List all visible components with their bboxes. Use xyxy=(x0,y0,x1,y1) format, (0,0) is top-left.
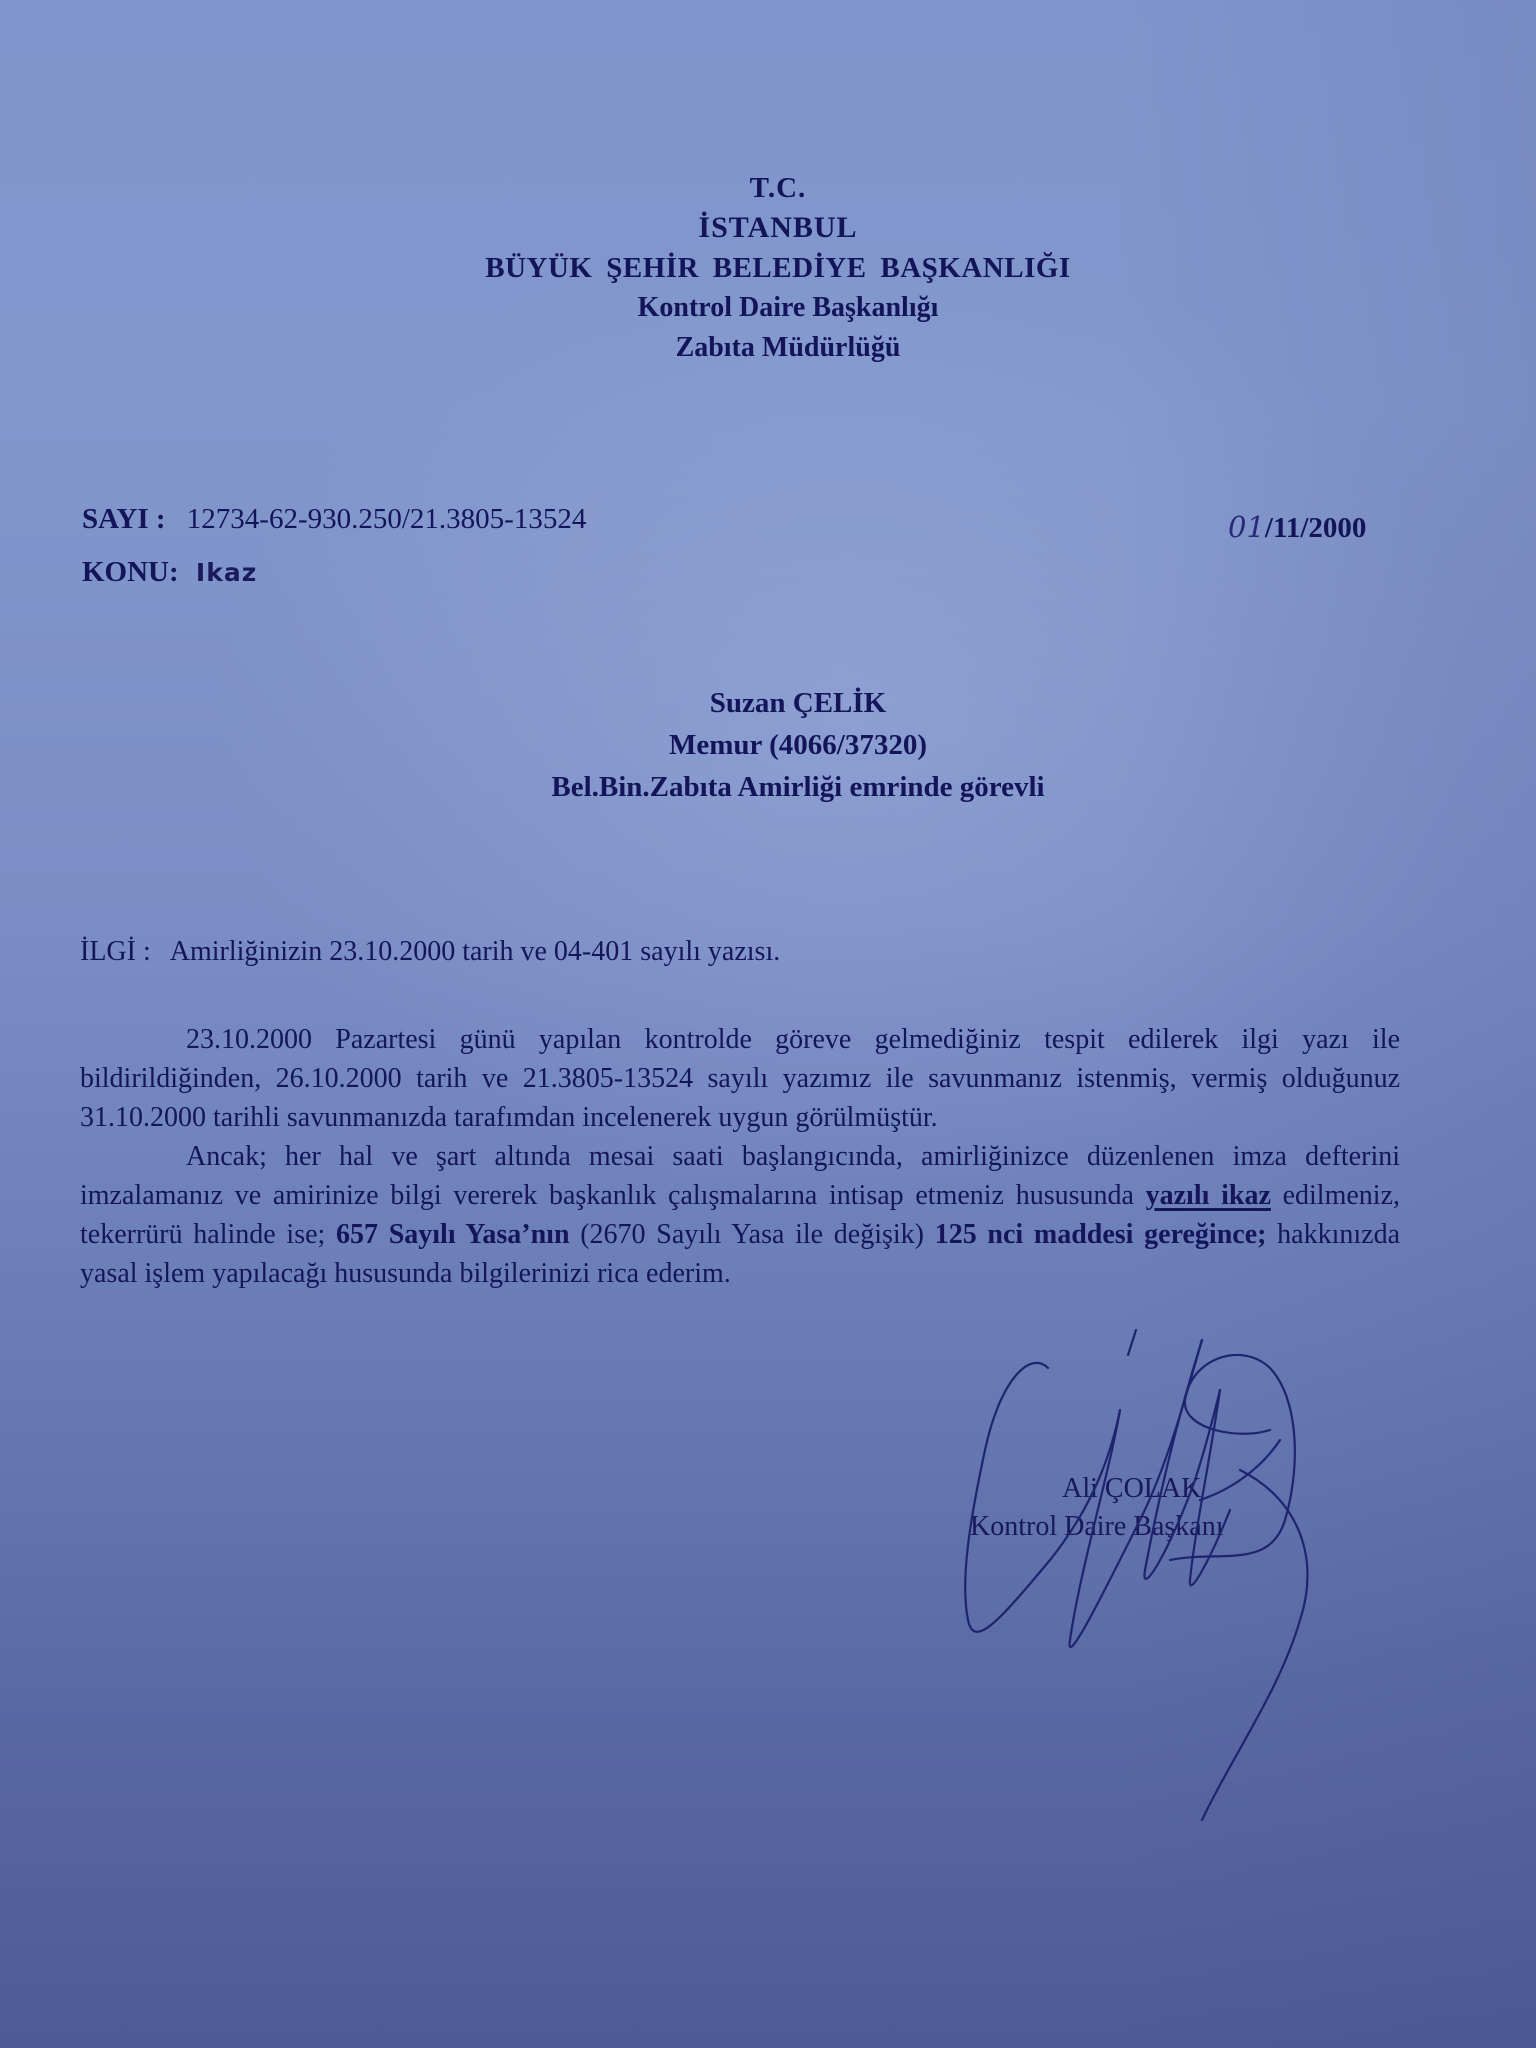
letterhead-city: İSTANBUL xyxy=(20,208,1536,248)
written-warning-emphasis: yazılı ikaz xyxy=(1146,1180,1271,1211)
ilgi-text: Amirliğinizin 23.10.2000 tarih ve 04-401… xyxy=(170,936,780,967)
body-paragraph-1: 23.10.2000 Pazartesi günü yapılan kontro… xyxy=(80,1020,1400,1137)
signer-title: Kontrol Daire Başkanı xyxy=(970,1508,1224,1546)
law-reference: 657 Sayılı Yasa’nın xyxy=(336,1219,570,1250)
letter-date: 01/11/2000 xyxy=(1228,510,1366,545)
recipient-title: Memur (4066/37320) xyxy=(60,724,1536,766)
date-day-handwritten: 01 xyxy=(1228,510,1265,544)
scanned-letter: T.C. İSTANBUL BÜYÜK ŞEHİR BELEDİYE BAŞKA… xyxy=(0,0,1536,2048)
subject: KONU: Ikaz xyxy=(82,556,257,589)
handwritten-signature xyxy=(940,1320,1360,1840)
letterhead-municipality: BÜYÜK ŞEHİR BELEDİYE BAŞKANLIĞI xyxy=(20,248,1536,288)
reference-number: SAYI : 12734-62-930.250/21.3805-13524 xyxy=(82,503,586,536)
letterhead-department: Kontrol Daire Başkanlığı xyxy=(40,288,1536,328)
date-month-year: /11/2000 xyxy=(1265,512,1367,544)
subject-value-handwritten: Ikaz xyxy=(196,558,257,587)
body-paragraph-2: Ancak; her hal ve şart altında mesai saa… xyxy=(80,1137,1400,1293)
recipient-block: Suzan ÇELİK Memur (4066/37320) Bel.Bin.Z… xyxy=(0,682,1536,808)
letter-body: 23.10.2000 Pazartesi günü yapılan kontro… xyxy=(80,1020,1400,1293)
letterhead-tc: T.C. xyxy=(20,168,1536,208)
recipient-name: Suzan ÇELİK xyxy=(60,682,1536,724)
recipient-unit: Bel.Bin.Zabıta Amirliği emrinde görevli xyxy=(60,766,1536,808)
letterhead-directorate: Zabıta Müdürlüğü xyxy=(40,328,1536,368)
reference-line: İLGİ : Amirliğinizin 23.10.2000 tarih ve… xyxy=(80,936,780,968)
signer-name: Ali ÇOLAK xyxy=(1040,1470,1224,1508)
reference-label: SAYI : xyxy=(82,503,166,535)
body-text: (2670 Sayılı Yasa ile değişik) xyxy=(570,1219,935,1250)
subject-label: KONU: xyxy=(82,556,179,588)
ilgi-label: İLGİ : xyxy=(80,936,151,967)
reference-value: 12734-62-930.250/21.3805-13524 xyxy=(187,503,587,535)
letterhead: T.C. İSTANBUL BÜYÜK ŞEHİR BELEDİYE BAŞKA… xyxy=(0,168,1536,368)
signer-block: Ali ÇOLAK Kontrol Daire Başkanı xyxy=(970,1470,1224,1546)
article-reference: 125 nci maddesi gereğince; xyxy=(935,1219,1267,1250)
